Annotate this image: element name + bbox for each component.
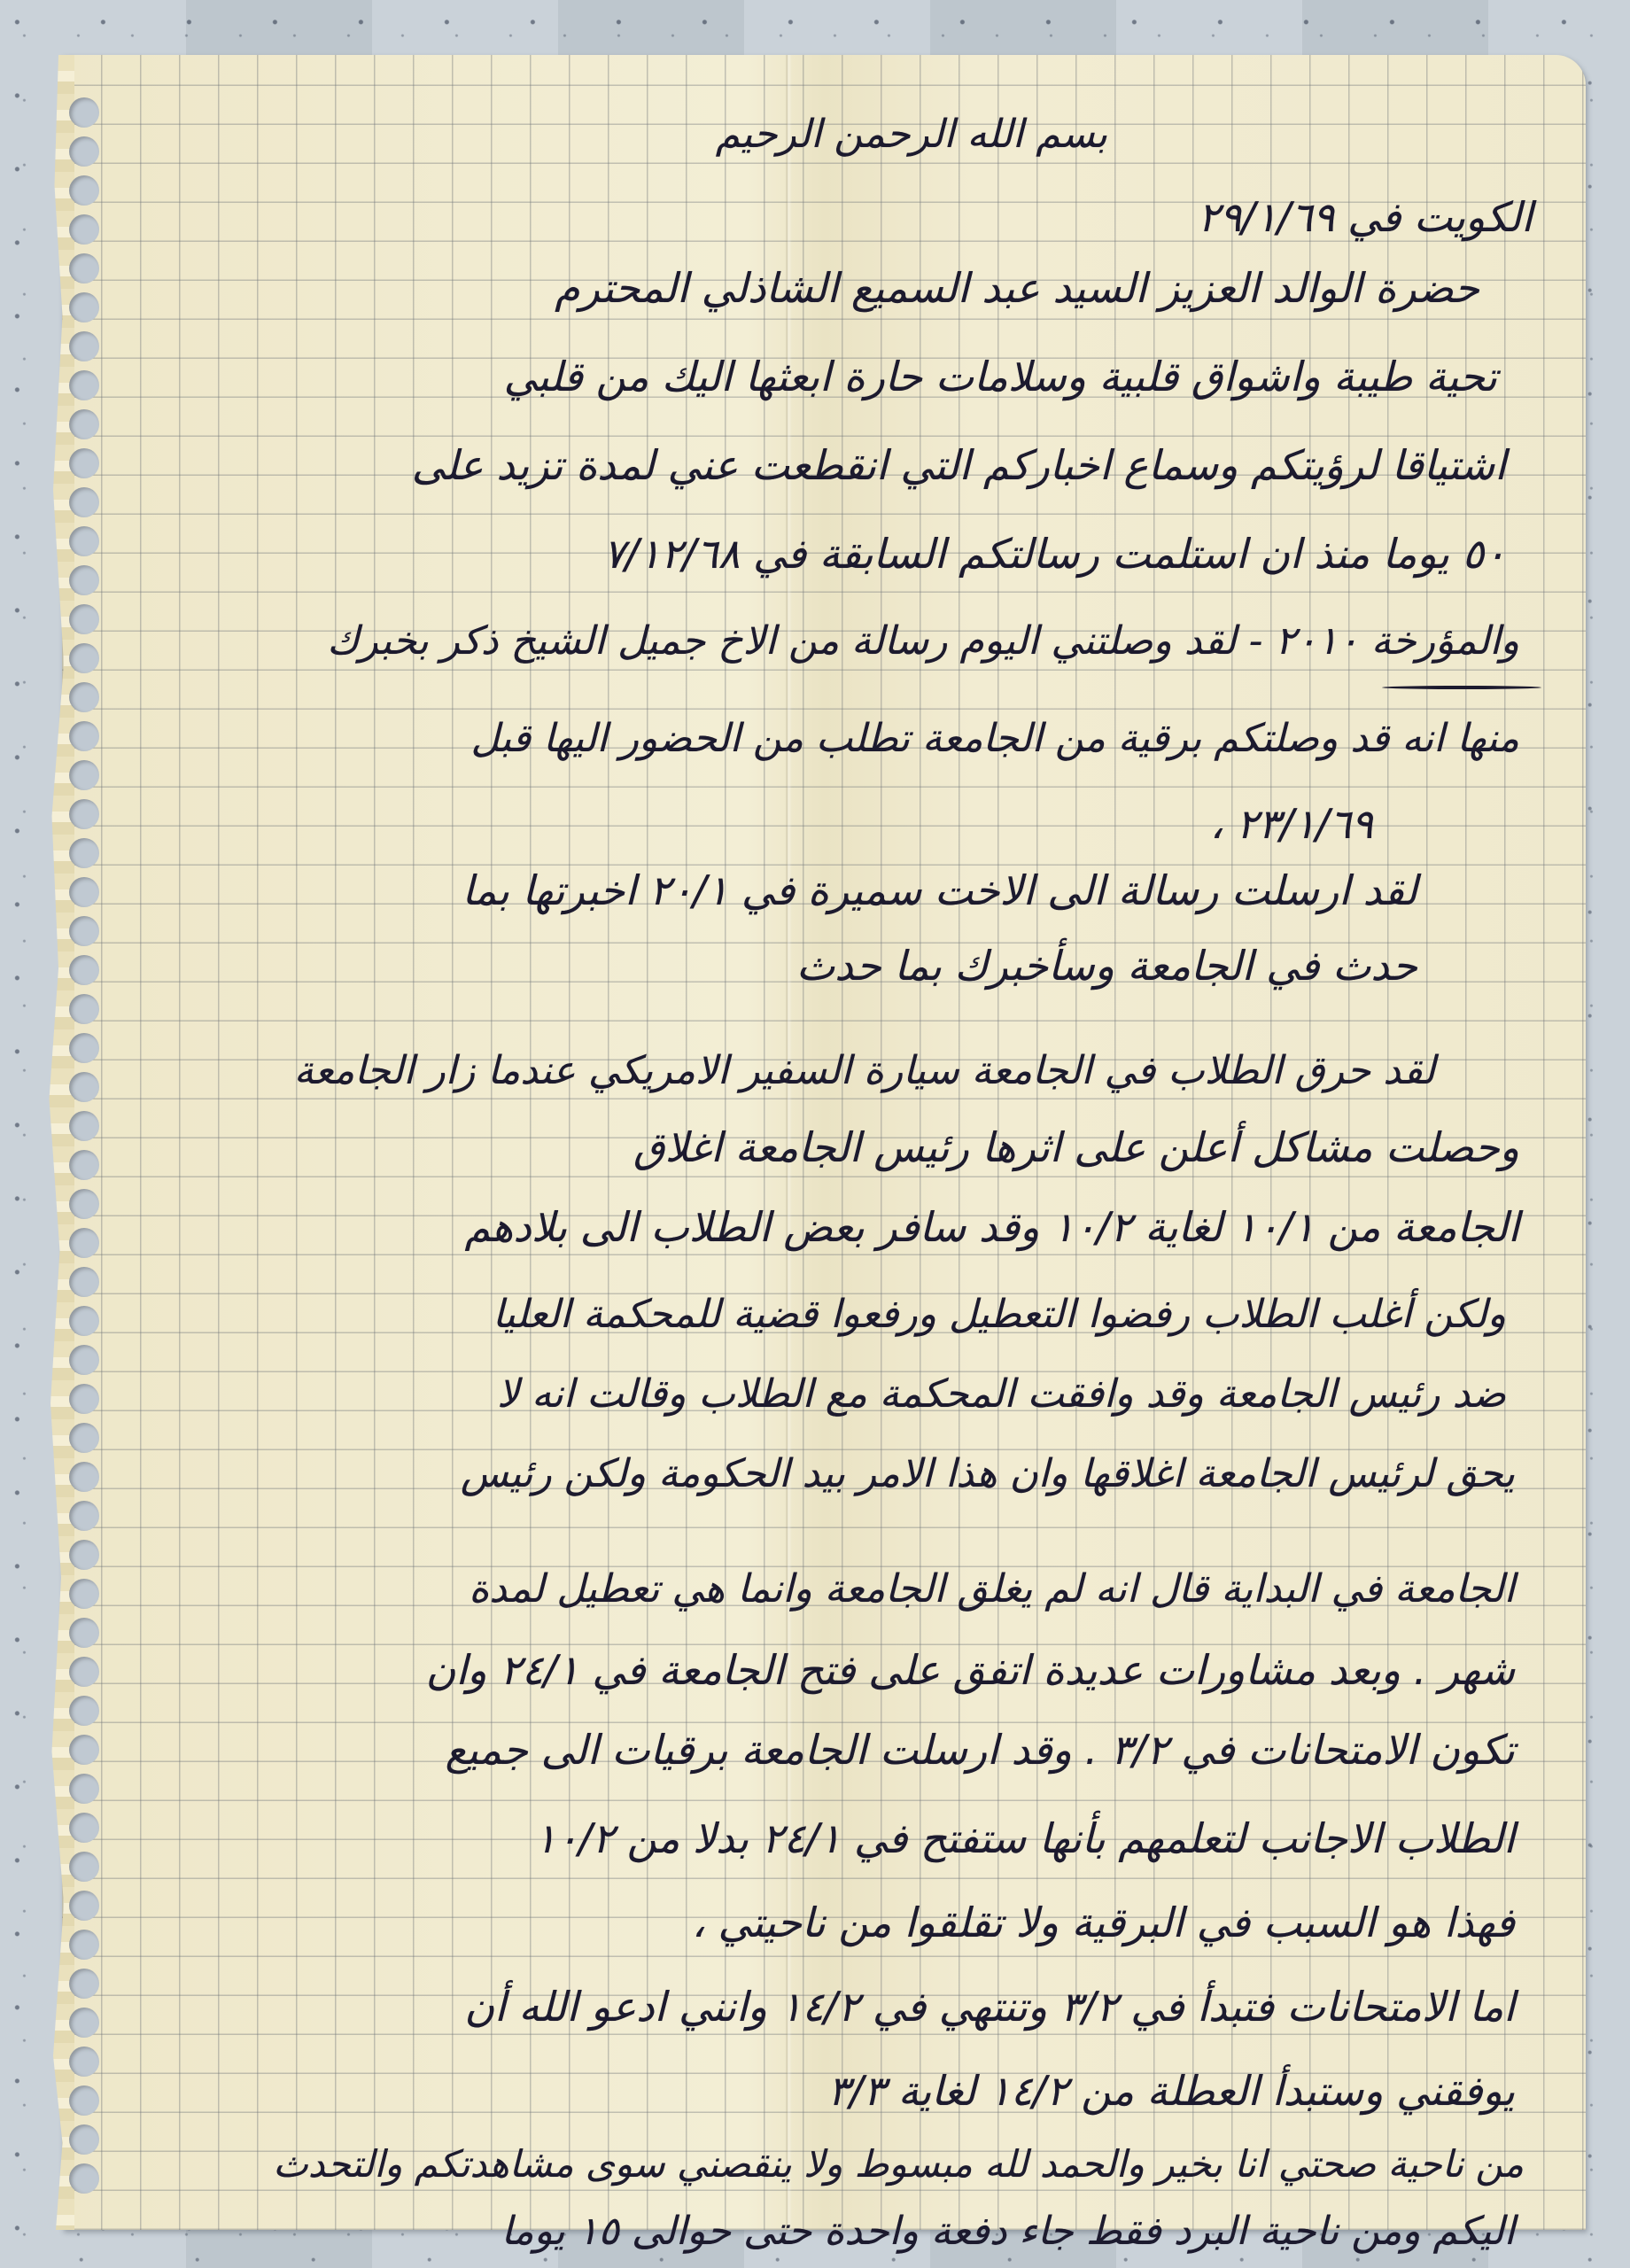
binding-hole bbox=[69, 409, 99, 439]
body-line: تكون الامتحانات في ٣/٢ . وقد ارسلت الجام… bbox=[446, 1729, 1515, 1770]
binding-hole bbox=[69, 1657, 99, 1687]
binding-hole bbox=[69, 292, 99, 322]
binding-hole bbox=[69, 1423, 99, 1453]
body-line: من ناحية صحتي انا بخير والحمد لله مبسوط … bbox=[273, 2146, 1524, 2183]
binding-hole bbox=[69, 643, 99, 673]
binding-hole bbox=[69, 838, 99, 868]
binding-hole bbox=[69, 1111, 99, 1141]
body-line: ٢٣/١/٦٩ ، bbox=[1210, 804, 1373, 844]
binding-hole bbox=[69, 1384, 99, 1414]
body-line: يوفقني وستبدأ العطلة من ١٤/٢ لغاية ٣/٣ bbox=[827, 2070, 1515, 2111]
binding-hole bbox=[69, 97, 99, 128]
body-line: والمؤرخة ٢٠١٠ - لقد وصلتني اليوم رسالة م… bbox=[327, 622, 1519, 661]
body-line: اما الامتحانات فتبدأ في ٣/٢ وتنتهي في ١٤… bbox=[464, 1986, 1515, 2027]
binding-hole bbox=[69, 1969, 99, 1999]
binding-hole bbox=[69, 1930, 99, 1960]
binding-hole bbox=[69, 2085, 99, 2116]
binding-hole bbox=[69, 526, 99, 556]
binding-hole bbox=[69, 1345, 99, 1375]
binding-hole bbox=[69, 214, 99, 245]
binding-hole bbox=[69, 1033, 99, 1063]
binding-hole bbox=[69, 1735, 99, 1765]
binding-hole bbox=[69, 1267, 99, 1297]
body-line: اشتياقا لرؤيتكم وسماع اخباركم التي انقطع… bbox=[412, 445, 1506, 485]
binding-hole bbox=[69, 175, 99, 206]
binding-hole bbox=[69, 604, 99, 634]
binding-hole bbox=[69, 370, 99, 400]
binding-hole bbox=[69, 1774, 99, 1804]
binding-hole bbox=[69, 799, 99, 829]
binding-hole bbox=[69, 487, 99, 517]
binding-hole bbox=[69, 2008, 99, 2038]
binding-hole bbox=[69, 331, 99, 361]
binding-hole bbox=[69, 136, 99, 167]
binding-hole bbox=[69, 1501, 99, 1531]
binding-hole bbox=[69, 760, 99, 790]
place-date: الكويت في ٢٩/١/٦٩ bbox=[1198, 197, 1533, 237]
binding-hole bbox=[69, 1306, 99, 1336]
binding-hole bbox=[69, 1579, 99, 1609]
basmala: بسم الله الرحمن الرحيم bbox=[716, 115, 1107, 154]
binding-hole bbox=[69, 1072, 99, 1102]
binding-hole bbox=[69, 916, 99, 946]
body-line: تحية طيبة واشواق قلبية وسلامات حارة ابعث… bbox=[504, 356, 1497, 397]
binding-hole bbox=[69, 1618, 99, 1648]
binding-hole bbox=[69, 721, 99, 751]
body-line: لقد ارسلت رسالة الى الاخت سميرة في ٢٠/١ … bbox=[462, 870, 1417, 911]
binding-hole bbox=[69, 1540, 99, 1570]
binding-hole bbox=[69, 1891, 99, 1921]
binding-hole bbox=[69, 448, 99, 478]
body-line: ضد رئيس الجامعة وقد وافقت المحكمة مع الط… bbox=[497, 1375, 1506, 1414]
binding-hole bbox=[69, 877, 99, 907]
body-line: الطلاب الاجانب لتعلمهم بأنها ستفتح في ٢٤… bbox=[534, 1818, 1515, 1859]
binding-hole bbox=[69, 994, 99, 1024]
binding-hole bbox=[69, 253, 99, 283]
body-line: لقد حرق الطلاب في الجامعة سيارة السفير ا… bbox=[294, 1052, 1435, 1091]
binding-hole bbox=[69, 1462, 99, 1492]
body-line: ولكن أغلب الطلاب رفضوا التعطيل ورفعوا قض… bbox=[493, 1295, 1506, 1334]
binding-hole bbox=[69, 1150, 99, 1180]
binding-hole bbox=[69, 1813, 99, 1843]
pen-underline-mark bbox=[1382, 686, 1541, 689]
body-line: فهذا هو السبب في البرقية ولا تقلقوا من ن… bbox=[692, 1902, 1515, 1943]
binding-hole bbox=[69, 1852, 99, 1882]
letter-paper: بسم الله الرحمن الرحيم الكويت في ٢٩/١/٦٩… bbox=[62, 55, 1586, 2230]
body-line: الجامعة في البداية قال انه لم يغلق الجام… bbox=[469, 1570, 1515, 1609]
salutation: حضرة الوالد العزيز السيد عبد السميع الشا… bbox=[555, 268, 1479, 308]
body-line: يحق لرئيس الجامعة اغلاقها وان هذا الامر … bbox=[461, 1455, 1515, 1494]
binding-hole bbox=[69, 2163, 99, 2194]
body-line: ٥٠ يوما منذ ان استلمت رسالتكم السابقة في… bbox=[603, 533, 1506, 574]
binding-hole bbox=[69, 1189, 99, 1219]
binding-hole bbox=[69, 565, 99, 595]
binding-hole bbox=[69, 1696, 99, 1726]
body-line: اليكم ومن ناحية البرد فقط جاء دفعة واحدة… bbox=[501, 2212, 1515, 2251]
body-line: منها انه قد وصلتكم برقية من الجامعة تطلب… bbox=[471, 719, 1520, 758]
binding-hole bbox=[69, 2047, 99, 2077]
body-line: شهر . وبعد مشاورات عديدة اتفق على فتح ال… bbox=[426, 1650, 1515, 1690]
binding-hole bbox=[69, 1228, 99, 1258]
binding-hole bbox=[69, 955, 99, 985]
body-line: وحصلت مشاكل أعلن على اثرها رئيس الجامعة … bbox=[633, 1127, 1519, 1168]
body-line: الجامعة من ١٠/١ لغاية ١٠/٢ وقد سافر بعض … bbox=[465, 1207, 1519, 1247]
binding-hole bbox=[69, 682, 99, 712]
body-line: حدث في الجامعة وسأخبرك بما حدث bbox=[796, 945, 1417, 986]
binding-hole bbox=[69, 2124, 99, 2155]
